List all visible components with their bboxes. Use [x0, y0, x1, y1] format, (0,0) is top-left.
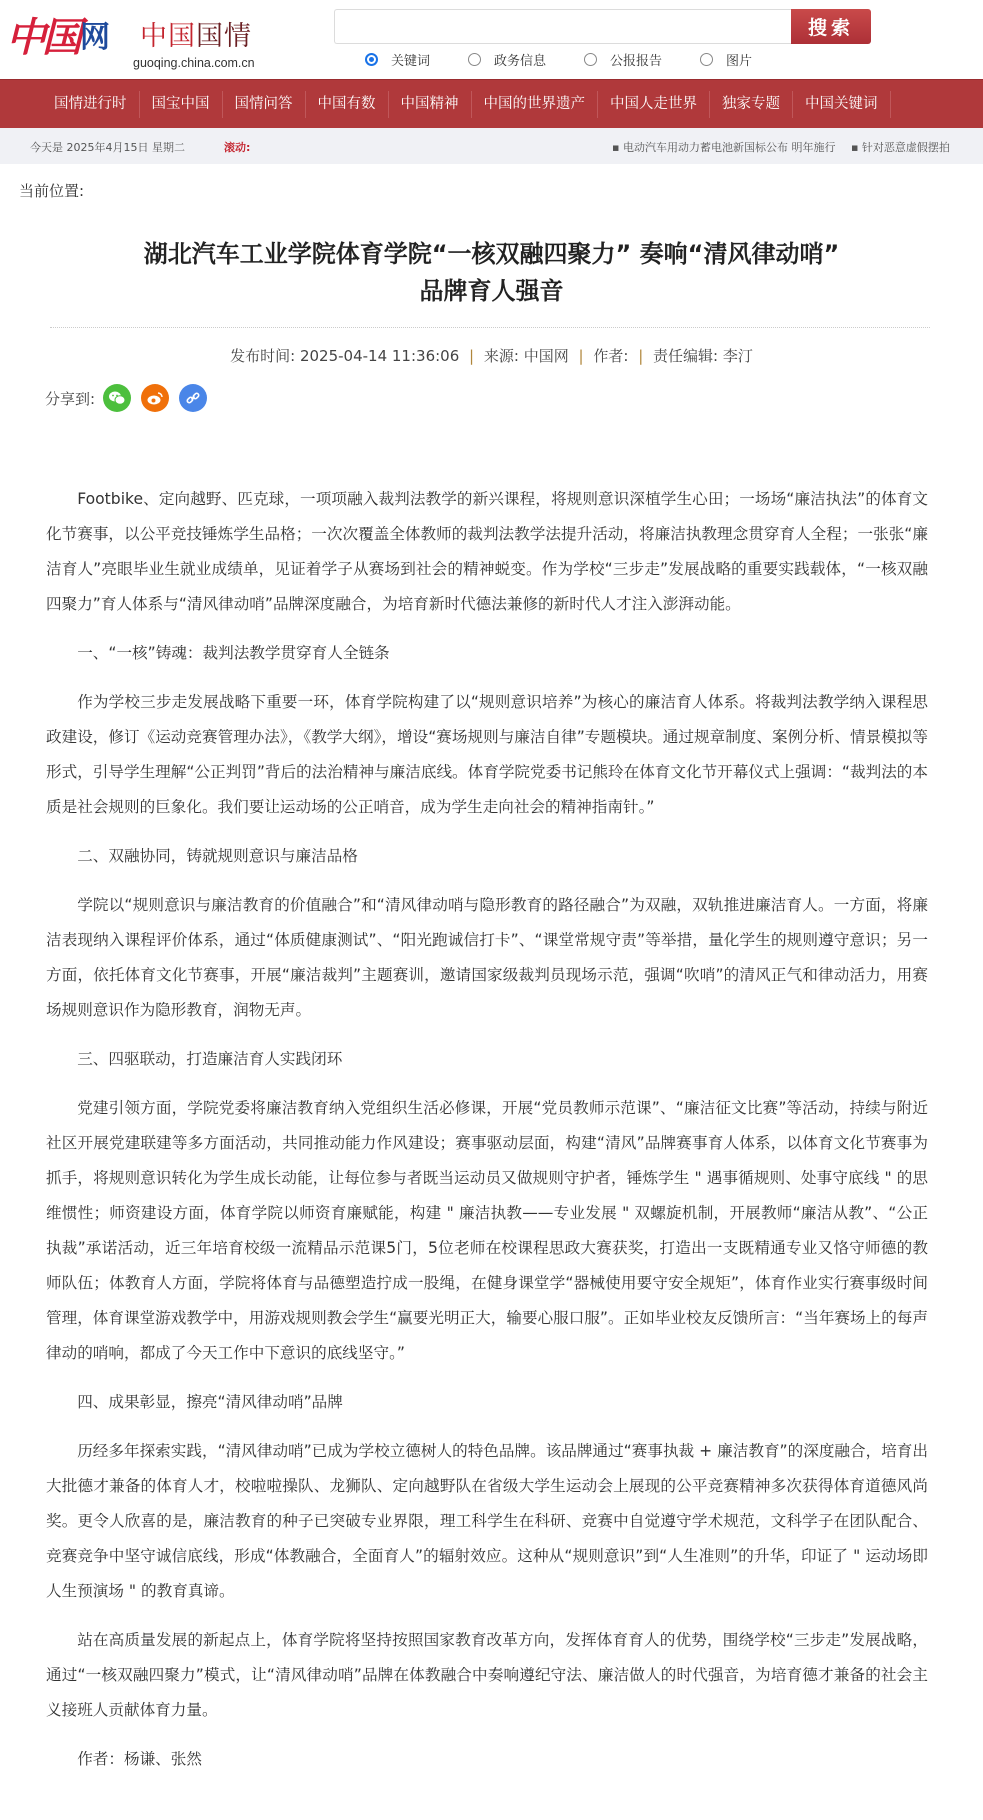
radio-unselected-icon[interactable] [700, 53, 713, 66]
meta-separator: | [579, 347, 584, 365]
article-paragraph: 学院以“规则意识与廉洁教育的价值融合”和“清风律动哨与隐形教育的路径融合”为双融… [46, 888, 928, 1028]
source: 中国网 [524, 347, 569, 365]
section-heading: 四、成果彰显，擦亮“清风律动哨”品牌 [46, 1385, 928, 1420]
nav-item-exclusive-topics[interactable]: 独家专题 [710, 91, 793, 118]
radio-keyword[interactable]: 关键词 [365, 50, 430, 69]
radio-government-info[interactable]: 政务信息 [468, 50, 546, 69]
nav-item-chinese-travel-world[interactable]: 中国人走世界 [598, 91, 710, 118]
publish-time-label: 发布时间: [230, 347, 295, 365]
article-body: Footbike、定向越野、匹克球，一项项融入裁判法教学的新兴课程，将规则意识深… [46, 482, 928, 1791]
wechat-icon[interactable] [103, 384, 131, 412]
article-paragraph: 党建引领方面，学院党委将廉洁教育纳入党组织生活必修课，开展“党员教师示范课”、“… [46, 1091, 928, 1371]
news-ticker-bar: 今天是 2025年4月15日 星期二 滚动: ▪ 电动汽车用动力蓄电池新国标公布… [0, 128, 983, 164]
meta-separator: | [469, 347, 474, 365]
nav-item-zhongguo-youshu[interactable]: 中国有数 [306, 91, 389, 118]
breadcrumb: 当前位置: [19, 180, 84, 201]
editor-label: 责任编辑: [653, 347, 718, 365]
logo-url: guoqing.china.com.cn [133, 56, 255, 70]
rolling-label: 滚动: [224, 139, 250, 155]
radio-label: 关键词 [391, 50, 430, 69]
nav-item-zhongguo-jingshen[interactable]: 中国精神 [389, 91, 472, 118]
search-button[interactable]: 搜索 [791, 9, 871, 44]
share-label: 分享到: [45, 388, 95, 409]
section-heading: 三、四驱联动，打造廉洁育人实践闭环 [46, 1042, 928, 1077]
search-bar: 搜索 [334, 9, 871, 44]
weibo-icon[interactable] [141, 384, 169, 412]
article-title-line2: 品牌育人强音 [420, 277, 564, 305]
radio-bulletin-report[interactable]: 公报报告 [584, 50, 662, 69]
radio-unselected-icon[interactable] [584, 53, 597, 66]
nav-item-world-heritage[interactable]: 中国的世界遗产 [472, 91, 599, 118]
article-paragraph: 站在高质量发展的新起点上，体育学院将坚持按照国家教育改革方向，发挥体育育人的优势… [46, 1623, 928, 1728]
nav-item-guoqing-jinxingshi[interactable]: 国情进行时 [44, 91, 140, 118]
article-paragraph: 作为学校三步走发展战略下重要一环，体育学院构建了以“规则意识培养”为核心的廉洁育… [46, 685, 928, 825]
source-label: 来源: [484, 347, 519, 365]
nav-item-china-keywords[interactable]: 中国关键词 [793, 91, 891, 118]
article-title: 湖北汽车工业学院体育学院“一核双融四聚力” 奏响“清风律动哨” 品牌育人强音 [40, 236, 943, 310]
link-icon[interactable] [179, 384, 207, 412]
main-nav: 国情进行时 国宝中国 国情问答 中国有数 中国精神 中国的世界遗产 中国人走世界… [0, 79, 983, 128]
rolling-news: ▪ 电动汽车用动力蓄电池新国标公布 明年施行 ▪ 针对恶意虚假摆拍 [612, 139, 983, 155]
share-bar: 分享到: [45, 384, 217, 412]
radio-label: 图片 [726, 50, 752, 69]
logo-guoqing-red: 中国 [140, 21, 196, 52]
article-title-line1: 湖北汽车工业学院体育学院“一核双融四聚力” 奏响“清风律动哨” [144, 240, 839, 268]
site-header: 中国 网 中国国情 guoqing.china.com.cn 搜索 关键词 政务… [0, 0, 983, 78]
current-date: 今天是 2025年4月15日 星期二 [30, 139, 185, 155]
radio-images[interactable]: 图片 [700, 50, 752, 69]
search-input[interactable] [334, 9, 791, 44]
china-net-logo: 中国 网 [6, 4, 110, 64]
title-divider [50, 327, 930, 328]
radio-label: 政务信息 [494, 50, 546, 69]
nav-item-guobao-zhongguo[interactable]: 国宝中国 [140, 91, 223, 118]
logo-zhong-text: 中国 [6, 6, 78, 63]
radio-label: 公报报告 [610, 50, 662, 69]
article-meta: 发布时间: 2025-04-14 11:36:06 | 来源: 中国网 | 作者… [0, 345, 983, 366]
radio-selected-icon[interactable] [365, 53, 378, 66]
ticker-news-item[interactable]: ▪ 针对恶意虚假摆拍 [851, 141, 950, 154]
article-author-line: 作者：杨谦、张然 [46, 1742, 928, 1777]
guoqing-logo: 中国国情 [140, 14, 252, 53]
site-logo[interactable]: 中国 网 中国国情 guoqing.china.com.cn [6, 4, 256, 72]
logo-wang-text: 网 [80, 12, 110, 56]
logo-guoqing-dark: 国情 [196, 21, 252, 52]
author-label: 作者: [593, 347, 628, 365]
section-heading: 二、双融协同，铸就规则意识与廉洁品格 [46, 839, 928, 874]
article-paragraph: 历经多年探索实践，“清风律动哨”已成为学校立德树人的特色品牌。该品牌通过“赛事执… [46, 1434, 928, 1609]
section-heading: 一、“一核”铸魂：裁判法教学贯穿育人全链条 [46, 636, 928, 671]
ticker-news-item[interactable]: ▪ 电动汽车用动力蓄电池新国标公布 明年施行 [612, 141, 835, 154]
meta-separator: | [638, 347, 643, 365]
publish-time: 2025-04-14 11:36:06 [300, 347, 459, 365]
article-paragraph: Footbike、定向越野、匹克球，一项项融入裁判法教学的新兴课程，将规则意识深… [46, 482, 928, 622]
radio-unselected-icon[interactable] [468, 53, 481, 66]
editor: 李汀 [723, 347, 753, 365]
search-type-options: 关键词 政务信息 公报报告 图片 [365, 50, 790, 69]
nav-item-guoqing-wenda[interactable]: 国情问答 [223, 91, 306, 118]
